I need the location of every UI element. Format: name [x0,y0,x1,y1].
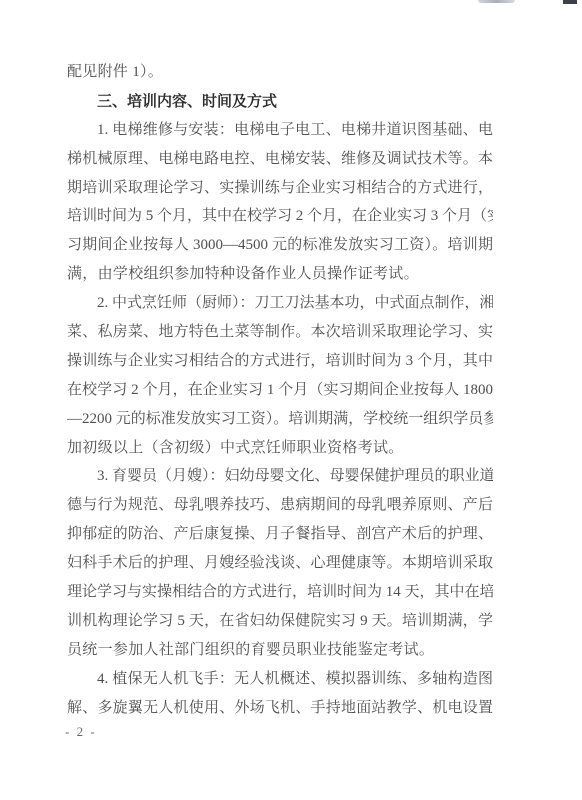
paragraph-line: 训机构理论学习 5 天，在省妇幼保健院实习 9 天。培训期满，学 [67,607,493,636]
paragraph-line: 1. 电梯维修与安装：电梯电子电工、电梯井道识图基础、电 [97,116,493,145]
paragraph-line: —2200 元的标准发放实习工资）。培训期满，学校统一组织学员参 [67,405,493,434]
paragraph-elevator: 1. 电梯维修与安装：电梯电子电工、电梯井道识图基础、电 梯机械原理、电梯电路电… [67,116,493,289]
paragraph-line: 梯机械原理、电梯电路电控、电梯安装、维修及调试技术等。本 [67,145,493,174]
paragraph-line: 在校学习 2 个月，在企业实习 1 个月（实习期间企业按每人 1800 [67,376,493,405]
paragraph-chef: 2. 中式烹饪师（厨师）：刀工刀法基本功，中式面点制作，湘 菜、私房菜、地方特色… [67,289,493,462]
paragraph-line: 满，由学校组织参加特种设备作业人员操作证考试。 [67,260,493,289]
document-page: 配见附件 1）。 三、培训内容、时间及方式 1. 电梯维修与安装：电梯电子电工、… [67,58,493,722]
paragraph-line: 4. 植保无人机飞手：无人机概述、模拟器训练、多轴构造图 [97,665,493,694]
paragraph-drone: 4. 植保无人机飞手：无人机概述、模拟器训练、多轴构造图 解、多旋翼无人机使用、… [67,665,493,723]
paragraph-line: 员统一参加人社部门组织的育婴员职业技能鉴定考试。 [67,636,493,665]
paragraph-line: 妇科手术后的护理、月嫂经验浅谈、心理健康等。本期培训采取 [67,549,493,578]
scan-artifact-grey [478,0,515,3]
paragraph-line: 解、多旋翼无人机使用、外场飞机、手持地面站教学、机电设置 [67,694,493,723]
paragraph-nanny: 3. 育婴员（月嫂）：妇幼母婴文化、母婴保健护理员的职业道 德与行为规范、母乳喂… [67,462,493,664]
paragraph-line: 操训练与企业实习相结合的方式进行，培训时间为 3 个月，其中 [67,347,493,376]
continuation-line: 配见附件 1）。 [67,58,493,87]
section-heading: 三、培训内容、时间及方式 [97,87,493,116]
paragraph-line: 培训时间为 5 个月，其中在校学习 2 个月，在企业实习 3 个月（实 [67,202,493,231]
paragraph-line: 期培训采取理论学习、实操训练与企业实习相结合的方式进行， [67,174,493,203]
paragraph-line: 2. 中式烹饪师（厨师）：刀工刀法基本功，中式面点制作，湘 [97,289,493,318]
scan-artifact-dark [563,0,577,4]
paragraph-line: 菜、私房菜、地方特色土菜等制作。本次培训采取理论学习、实 [67,318,493,347]
paragraph-line: 德与行为规范、母乳喂养技巧、患病期间的母乳喂养原则、产后 [67,491,493,520]
paragraph-line: 理论学习与实操相结合的方式进行，培训时间为 14 天，其中在培 [67,578,493,607]
paragraph-line: 习期间企业按每人 3000—4500 元的标准发放实习工资）。培训期 [67,231,493,260]
paragraph-line: 抑郁症的防治、产后康复操、月子餐指导、剖宫产术后的护理、 [67,520,493,549]
page-number: - 2 - [65,724,97,740]
paragraph-line: 加初级以上（含初级）中式烹饪师职业资格考试。 [67,434,493,463]
paragraph-line: 3. 育婴员（月嫂）：妇幼母婴文化、母婴保健护理员的职业道 [97,462,493,491]
